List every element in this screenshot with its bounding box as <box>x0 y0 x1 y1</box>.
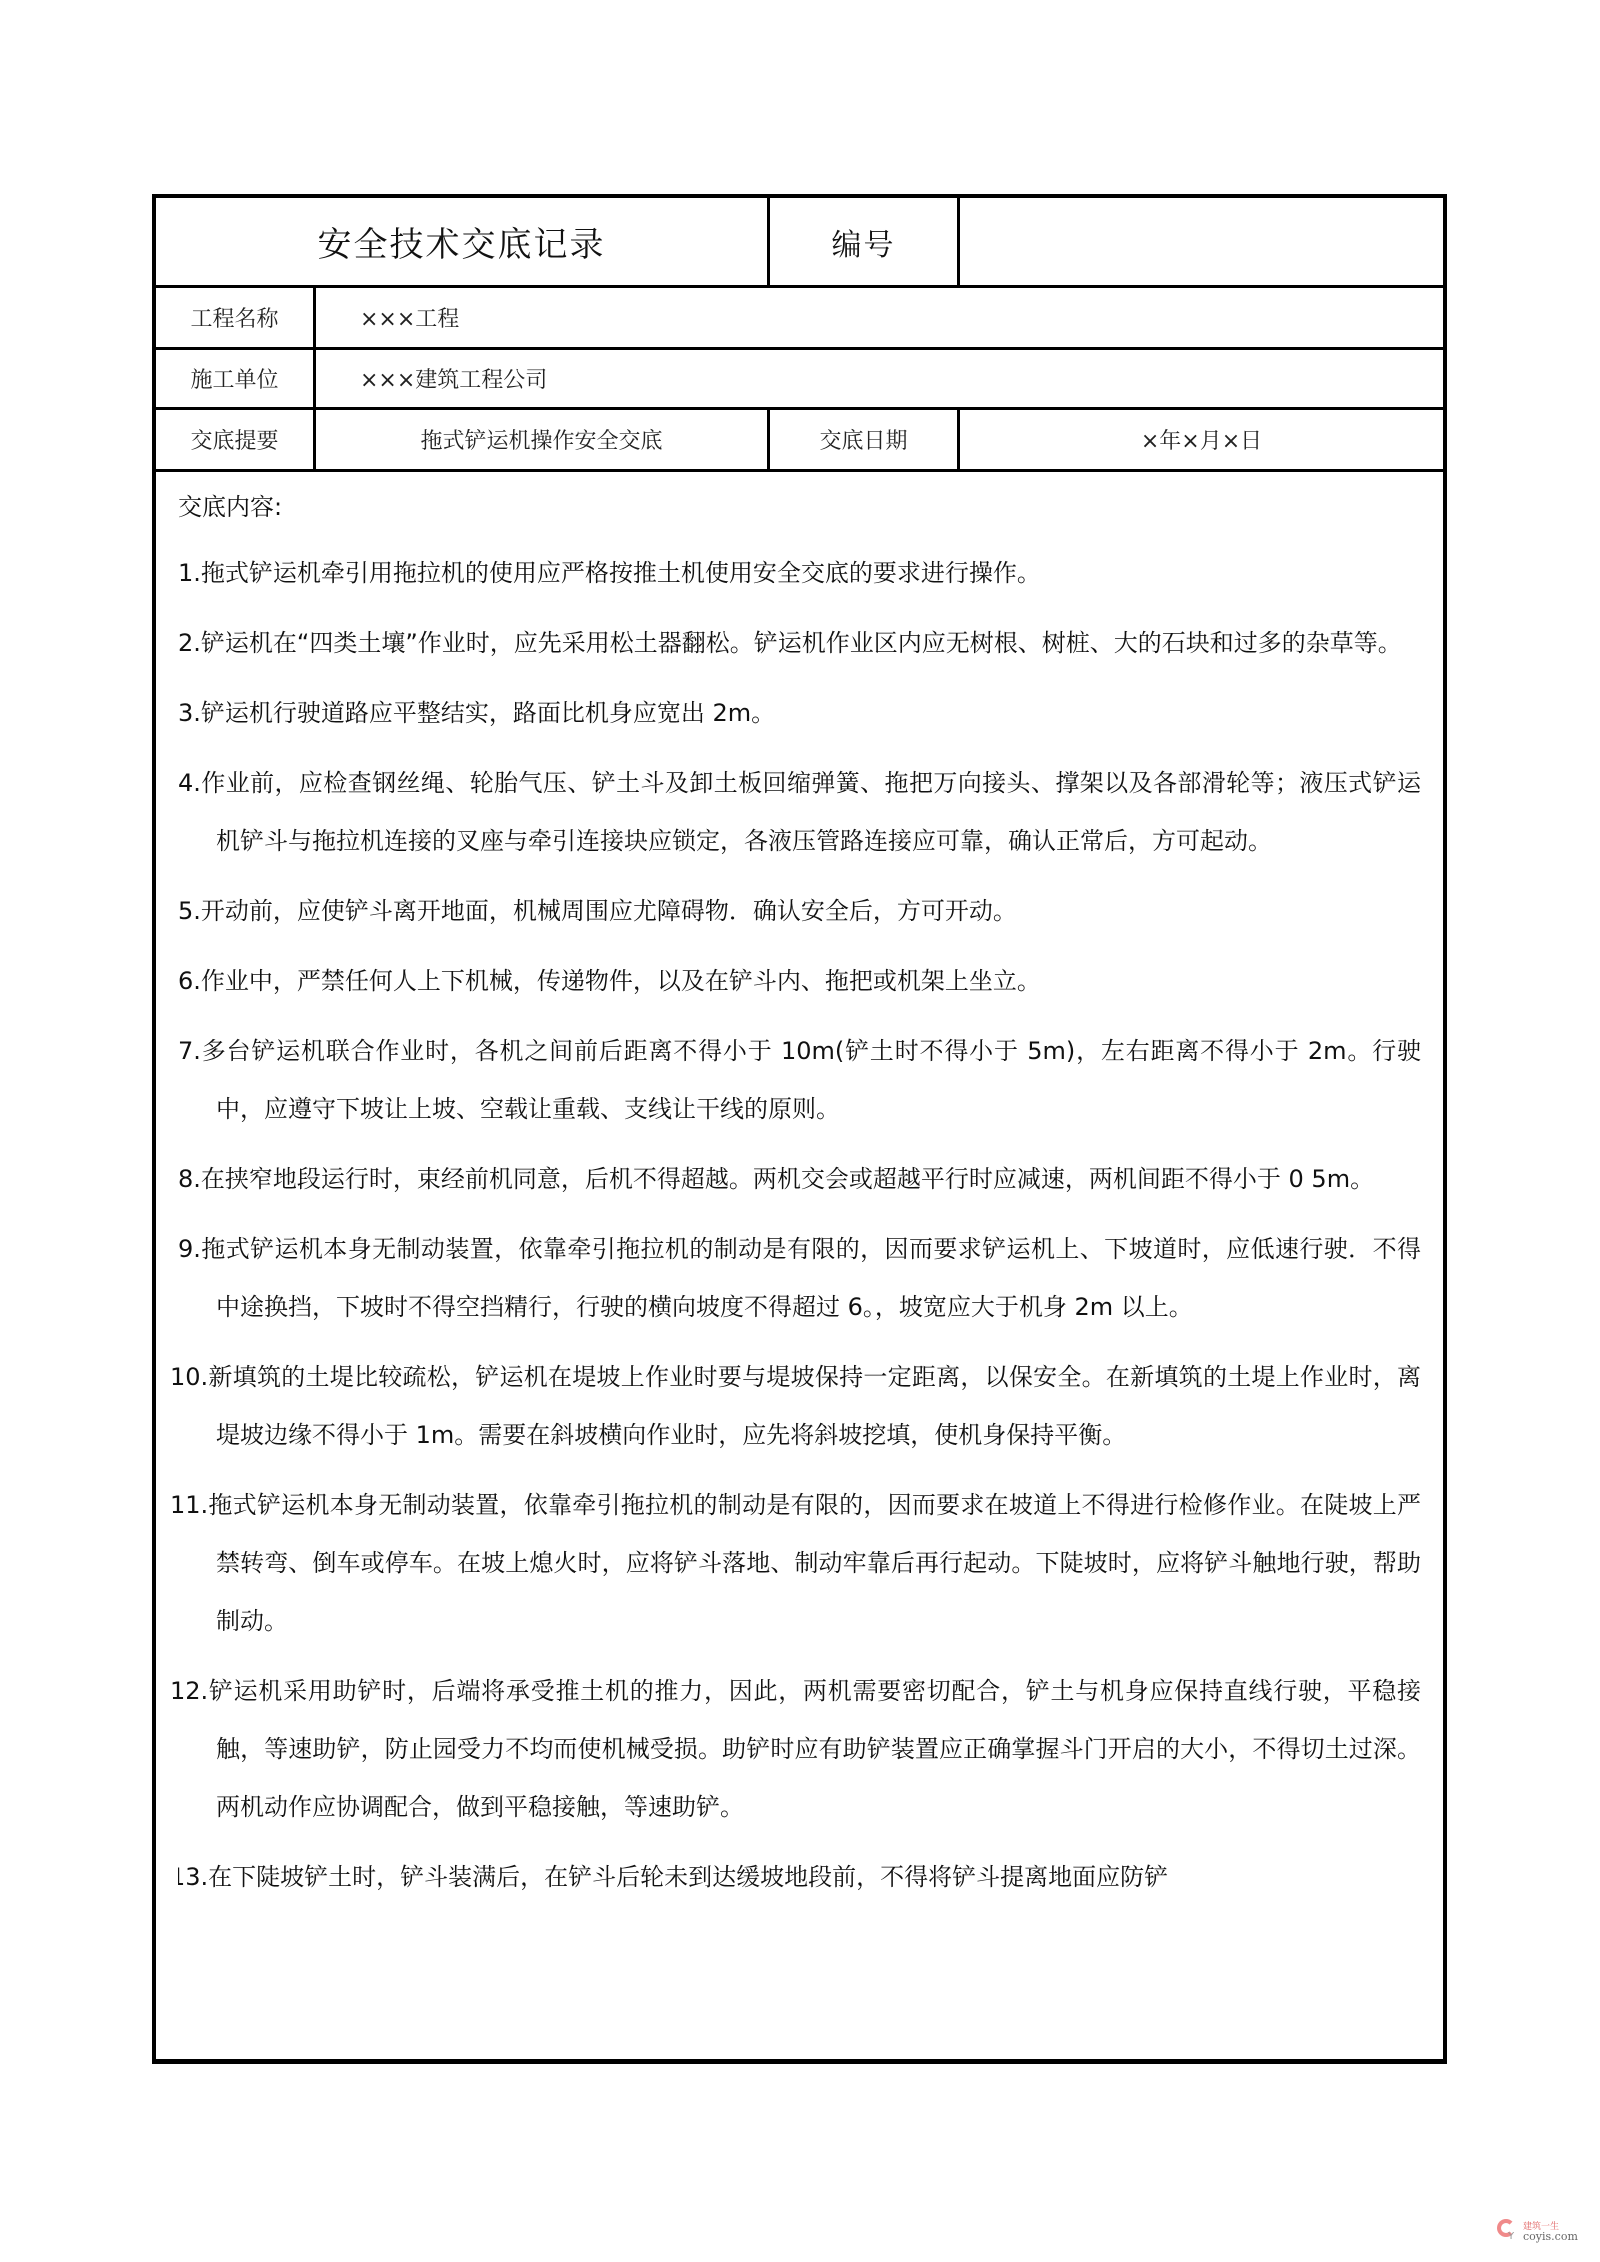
project-name-value-cell: ×××工程 <box>316 288 1443 347</box>
safety-briefing-record-table: 安全技术交底记录 编号 工程名称 ×××工程 施工单位 ×××建筑工程公司 交底… <box>152 194 1447 2064</box>
project-name-label: 工程名称 <box>190 302 278 333</box>
header-row: 安全技术交底记录 编号 <box>156 198 1443 288</box>
number-label: 编号 <box>832 220 896 264</box>
contractor-label: 施工单位 <box>190 363 278 394</box>
project-name-label-cell: 工程名称 <box>156 288 316 347</box>
content-item-6: 6.作业中，严禁任何人上下机械，传递物件，以及在铲斗内、拖把或机架上坐立。 <box>178 952 1421 1010</box>
content-item-9: 9.拖式铲运机本身无制动装置，依靠牵引拖拉机的制动是有限的，因而要求铲运机上、下… <box>178 1220 1421 1336</box>
content-item-4: 4.作业前，应检查钢丝绳、轮胎气压、铲土斗及卸土板回缩弹簧、拖把万向接头、撑架以… <box>178 754 1421 870</box>
number-label-cell: 编号 <box>770 198 960 285</box>
summary-label-cell: 交底提要 <box>156 410 316 469</box>
summary-row: 交底提要 拖式铲运机操作安全交底 交底日期 ×年×月×日 <box>156 410 1443 472</box>
date-value: ×年×月×日 <box>1141 424 1262 455</box>
content-item-13: 13.在下陡坡铲土时，铲斗装满后，在铲斗后轮未到达缓坡地段前，不得将铲斗提离地面… <box>178 1848 1421 1906</box>
watermark-en-text: coyis.com <box>1523 2230 1578 2243</box>
title-cell: 安全技术交底记录 <box>156 198 770 285</box>
project-name-value: ×××工程 <box>316 302 459 333</box>
date-label: 交底日期 <box>819 424 907 455</box>
date-label-cell: 交底日期 <box>770 410 960 469</box>
content-item-8: 8.在挟窄地段运行时，束经前机同意，后机不得超越。两机交会或超越平行时应减速，两… <box>178 1150 1421 1208</box>
content-item-7: 7.多台铲运机联合作业时，各机之间前后距离不得小于 10m(铲土时不得小于 5m… <box>178 1022 1421 1138</box>
contractor-value: ×××建筑工程公司 <box>316 363 547 394</box>
content-item-11: 11.拖式铲运机本身无制动装置，依靠牵引拖拉机的制动是有限的，因而要求在坡道上不… <box>178 1476 1421 1650</box>
contractor-label-cell: 施工单位 <box>156 350 316 407</box>
watermark-logo-y: Y <box>1508 2231 1514 2242</box>
number-value-cell <box>960 198 1443 285</box>
content-item-2: 2.铲运机在“四类土壤”作业时，应先采用松土器翻松。铲运机作业区内应无树根、树桩… <box>178 614 1421 672</box>
content-item-5: 5.开动前，应使铲斗离开地面，机械周围应尤障碍物．确认安全后，方可开动。 <box>178 882 1421 940</box>
contractor-row: 施工单位 ×××建筑工程公司 <box>156 350 1443 410</box>
watermark: Y 建筑一生 coyis.com <box>1497 2219 1597 2249</box>
summary-value-cell: 拖式铲运机操作安全交底 <box>316 410 770 469</box>
content-item-1: 1.拖式铲运机牵引用拖拉机的使用应严格按推土机使用安全交底的要求进行操作。 <box>178 544 1421 602</box>
content-item-10: 10.新填筑的土堤比较疏松，铲运机在堤坡上作业时要与堤坡保持一定距离，以保安全。… <box>178 1348 1421 1464</box>
content-heading: 交底内容: <box>178 490 1421 524</box>
date-value-cell: ×年×月×日 <box>960 410 1443 469</box>
content-item-3: 3.铲运机行驶道路应平整结实，路面比机身应宽出 2m。 <box>178 684 1421 742</box>
contractor-value-cell: ×××建筑工程公司 <box>316 350 1443 407</box>
document-title: 安全技术交底记录 <box>318 217 606 266</box>
content-item-12: 12.铲运机采用助铲时，后端将承受推土机的推力，因此，两机需要密切配合，铲土与机… <box>178 1662 1421 1836</box>
project-name-row: 工程名称 ×××工程 <box>156 288 1443 350</box>
summary-label: 交底提要 <box>190 424 278 455</box>
briefing-content: 交底内容: 1.拖式铲运机牵引用拖拉机的使用应严格按推土机使用安全交底的要求进行… <box>156 472 1443 2059</box>
summary-value: 拖式铲运机操作安全交底 <box>420 424 662 455</box>
